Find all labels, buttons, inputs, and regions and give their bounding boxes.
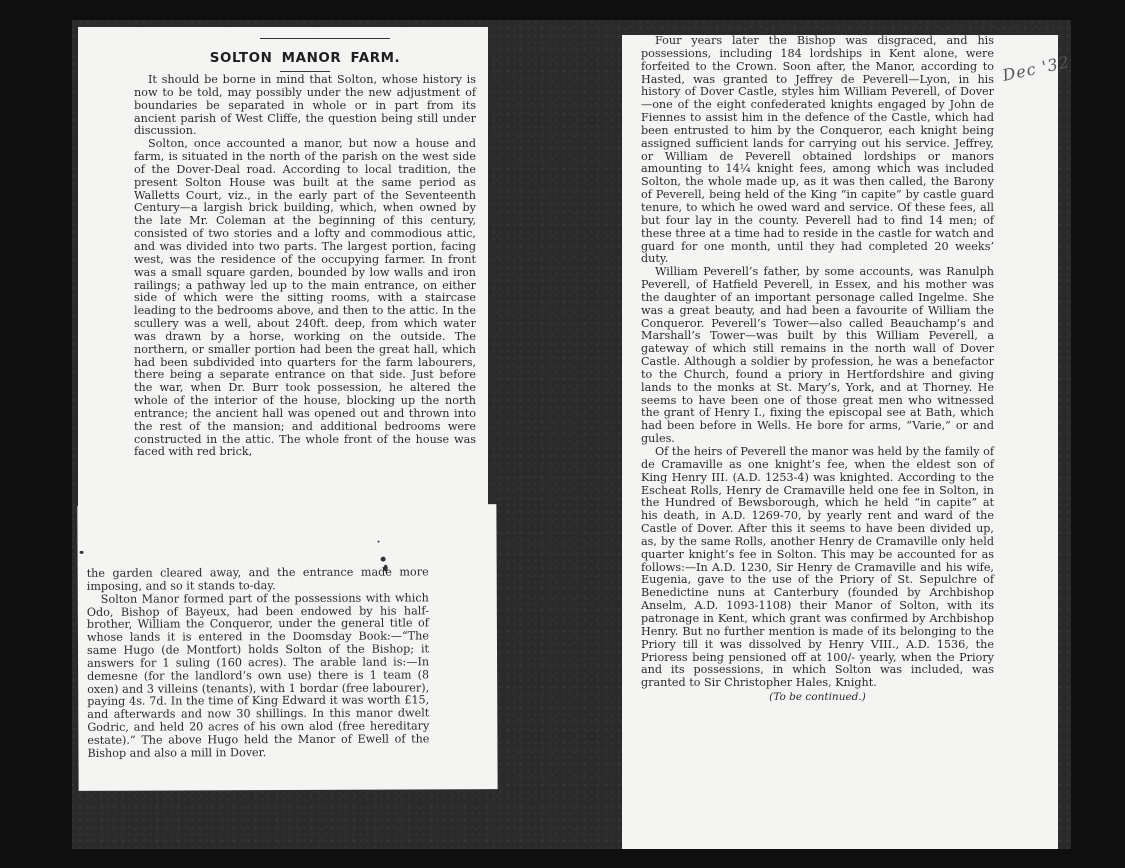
paragraph: Four years later the Bishop was disgrace…	[641, 35, 994, 266]
title-underline	[280, 71, 330, 72]
paragraph: the garden cleared away, and the entranc…	[87, 566, 429, 593]
paragraph: William Peverell’s father, by some accou…	[641, 266, 994, 446]
ink-speck	[378, 541, 380, 543]
clipping-right: Four years later the Bishop was disgrace…	[622, 35, 1058, 849]
ink-speck	[80, 551, 84, 554]
paragraph: Of the heirs of Peverell the manor was h…	[641, 446, 994, 690]
clipping-left-top: SOLTON MANOR FARM. It should be borne in…	[78, 27, 488, 517]
article-title: SOLTON MANOR FARM.	[134, 51, 476, 66]
continued-note: (To be continued.)	[641, 691, 994, 703]
paragraph: Solton, once accounted a manor, but now …	[134, 138, 476, 459]
article-body-part-3: Four years later the Bishop was disgrace…	[641, 35, 994, 690]
clipping-left-bottom: the garden cleared away, and the entranc…	[77, 504, 497, 791]
top-rule	[260, 38, 390, 39]
paragraph: Solton Manor formed part of the possessi…	[87, 592, 430, 760]
ink-speck	[381, 557, 386, 562]
ink-speck	[384, 565, 388, 572]
article-body-part-2: the garden cleared away, and the entranc…	[87, 566, 430, 760]
paragraph: It should be borne in mind that Solton, …	[134, 74, 476, 138]
article-body-part-1: It should be borne in mind that Solton, …	[134, 74, 476, 459]
